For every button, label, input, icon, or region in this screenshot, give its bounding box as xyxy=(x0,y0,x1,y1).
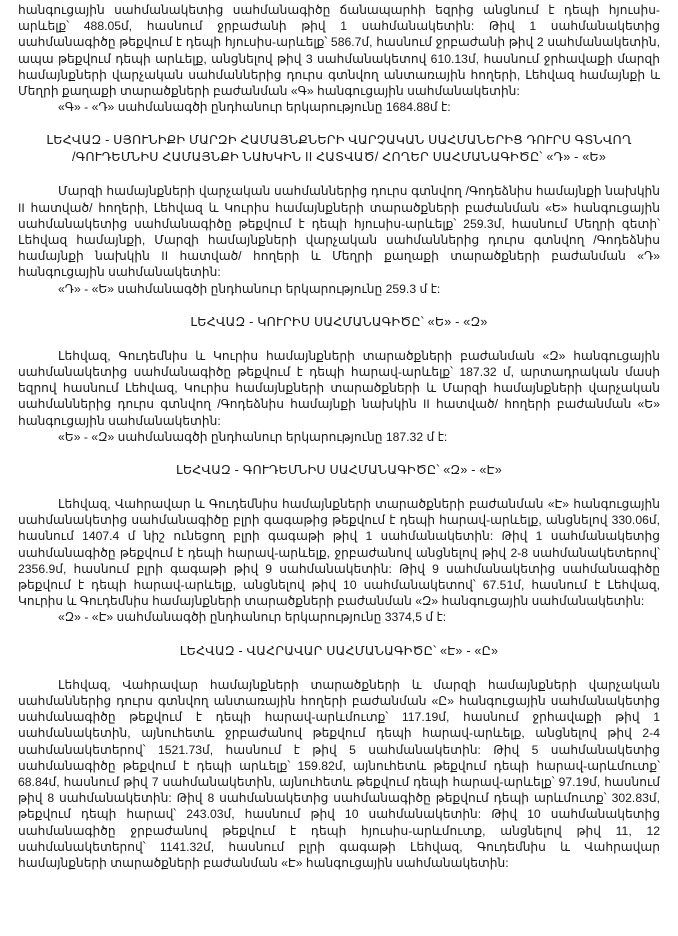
section-heading: ԼԵՀՎԱԶ - ԳՈՒԴԵՄՆԻՍ ՍԱՀՄԱՆԱԳԻԾԸ՝ «Զ» - «Է… xyxy=(18,462,660,479)
body-paragraph: Լեհվազ, Վահրավար և Գուդեմնիս համայնքների… xyxy=(18,496,660,609)
boundary-length-summary: «Զ» - «Է» սահմանագծի ընդհանուր երկարությ… xyxy=(58,609,660,625)
spacer xyxy=(18,479,660,496)
section-heading-line: ԼԵՀՎԱԶ - ԿՈՒՐԻՍ ՍԱՀՄԱՆԱԳԻԾԸ՝ «Ե» - «Զ» xyxy=(18,314,660,331)
body-paragraph: Մարզի համայնքների վարչական սահմաններից դ… xyxy=(18,183,660,280)
body-paragraph: Լեհվազ, Գուդեմնիս և Կուրիս համայնքների տ… xyxy=(18,348,660,429)
spacer xyxy=(18,660,660,677)
section-heading: ԼԵՀՎԱԶ - ԿՈՒՐԻՍ ՍԱՀՄԱՆԱԳԻԾԸ՝ «Ե» - «Զ» xyxy=(18,314,660,331)
document-page: հանգուցային սահմանակետից սահմանագիծը ճան… xyxy=(0,0,678,936)
section-heading: ԼԵՀՎԱԶ - ՎԱՀՐԱՎԱՐ ՍԱՀՄԱՆԱԳԻԾԸ՝ «Է» - «Ը» xyxy=(18,643,660,660)
spacer xyxy=(18,626,660,643)
spacer xyxy=(18,331,660,348)
body-paragraph: Լեհվազ, Վահրավար համայնքների տարածքների … xyxy=(18,677,660,871)
section-heading-line: ԼԵՀՎԱԶ - ՎԱՀՐԱՎԱՐ ՍԱՀՄԱՆԱԳԻԾԸ՝ «Է» - «Ը» xyxy=(18,643,660,660)
spacer xyxy=(18,115,660,132)
section-heading-line: /ԳՈՒԴԵՄՆԻՍ ՀԱՄԱՅՆՔԻ ՆԱԽԿԻՆ II ՀԱՏՎԱԾ/ ՀՈ… xyxy=(18,149,660,166)
body-paragraph: հանգուցային սահմանակետից սահմանագիծը ճան… xyxy=(18,2,660,99)
boundary-length-summary: «Գ» - «Դ» սահմանագծի ընդհանուր երկարությ… xyxy=(58,99,660,115)
spacer xyxy=(18,297,660,314)
boundary-length-summary: «Դ» - «Ե» սահմանագծի ընդհանուր երկարությ… xyxy=(58,281,660,297)
section-heading: ԼԵՀՎԱԶ - ՍՅՈՒՆԻՔԻ ՄԱՐԶԻ ՀԱՄԱՅՆՔՆԵՐԻ ՎԱՐՉ… xyxy=(18,132,660,166)
spacer xyxy=(18,166,660,183)
boundary-length-summary: «Ե» - «Զ» սահմանագծի ընդհանուր երկարությ… xyxy=(58,429,660,445)
section-heading-line: ԼԵՀՎԱԶ - ԳՈՒԴԵՄՆԻՍ ՍԱՀՄԱՆԱԳԻԾԸ՝ «Զ» - «Է… xyxy=(18,462,660,479)
spacer xyxy=(18,445,660,462)
section-heading-line: ԼԵՀՎԱԶ - ՍՅՈՒՆԻՔԻ ՄԱՐԶԻ ՀԱՄԱՅՆՔՆԵՐԻ ՎԱՐՉ… xyxy=(18,132,660,149)
